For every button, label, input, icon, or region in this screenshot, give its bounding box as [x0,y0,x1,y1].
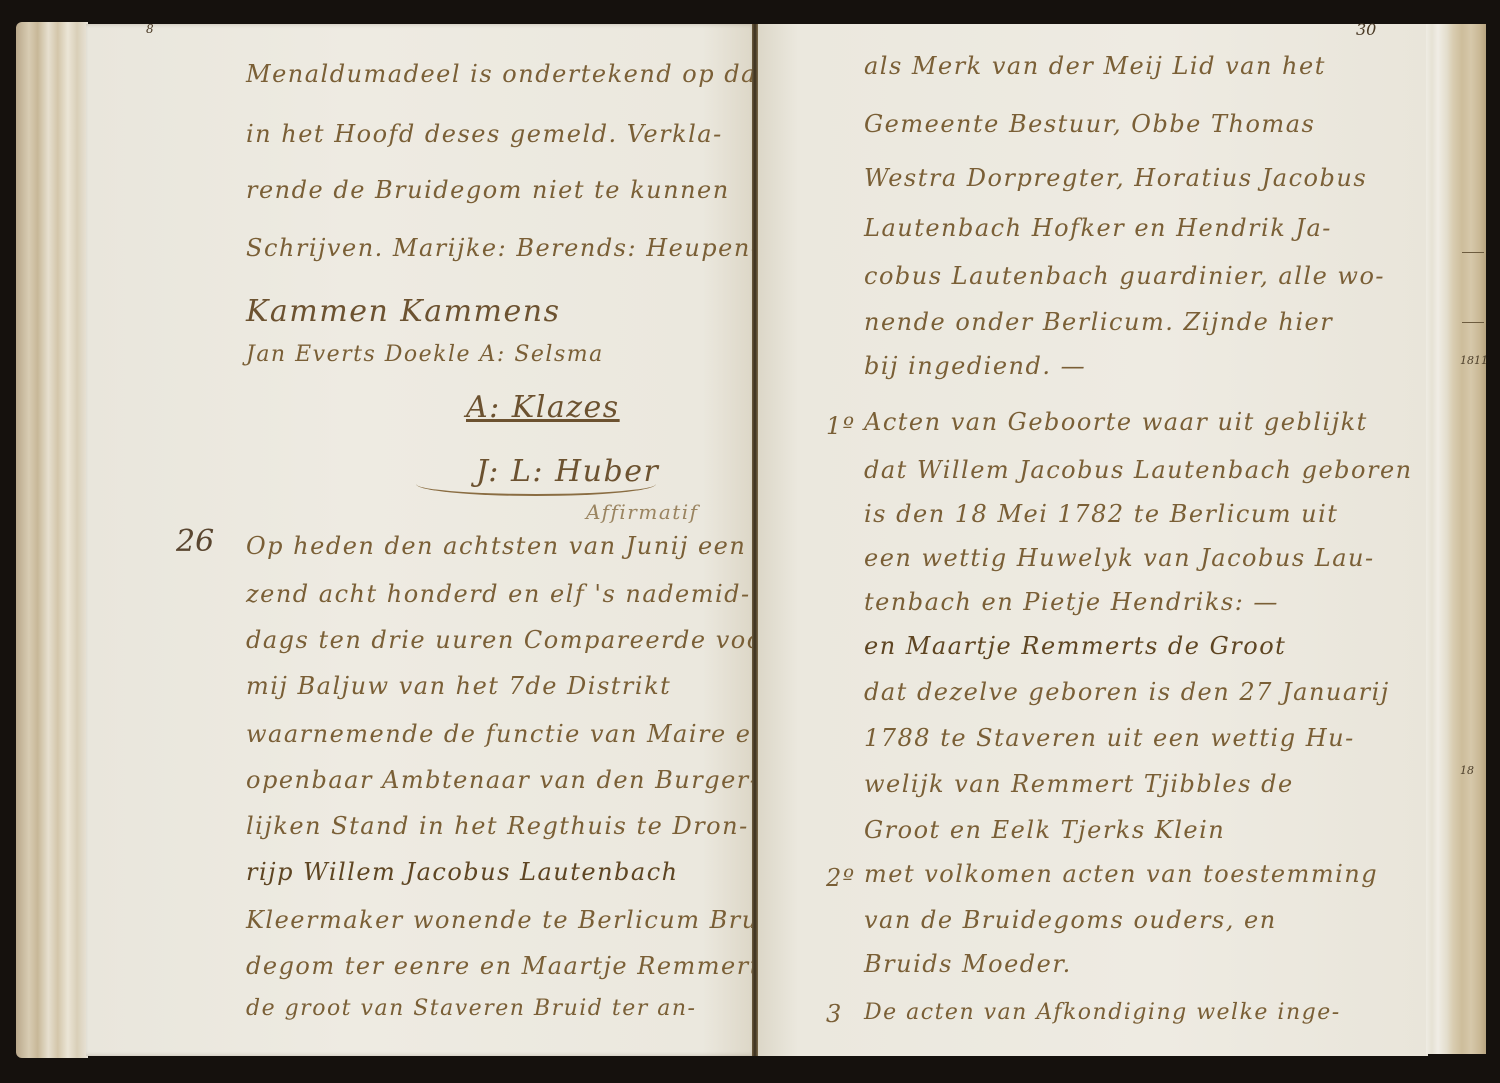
entry-line: mij Baljuw van het 7de Distrikt [246,672,671,700]
entry-line: openbaar Ambtenaar van den Burger- [246,766,759,794]
witness-line: als Merk van der Meij Lid van het [864,52,1326,80]
signature-flourish [416,472,656,496]
right-page: 30 als Merk van der Meij Lid van het Gem… [758,24,1428,1056]
entry-line: de groot van Staveren Bruid ter an- [246,996,696,1021]
item-line: 1788 te Staveren uit een wettig Hu- [864,724,1355,752]
edge-note: 18 [1460,764,1474,777]
item-line: Groot en Eelk Tjerks Klein [864,816,1225,844]
item-line: met volkomen acten van toestemming [864,860,1378,888]
signature: Jan Everts Doekle A: Selsma [246,342,604,367]
entry-line: Op heden den achtsten van Junij een dui- [246,532,808,560]
left-page: 8 Menaldumadeel is ondertekend op dato i… [86,24,756,1056]
item-line: van de Bruidegoms ouders, en [864,906,1277,934]
edge-rule [1462,322,1484,323]
signature: Affirmatif [586,500,699,524]
entry-number: 26 [176,524,214,559]
entry-line: waarnemende de functie van Maire en [246,720,768,748]
item-line: dat Willem Jacobus Lautenbach geboren [864,456,1413,484]
entry-line: lijken Stand in het Regthuis te Dron- [246,812,749,840]
item-line: Acten van Geboorte waar uit geblijkt [864,408,1368,436]
item-marker: 2º [826,864,856,892]
item-marker: 1º [826,412,856,440]
signature: Kammen Kammens [246,294,560,329]
entry-line: zend acht honderd en elf 's nademid- [246,580,751,608]
witness-line: bij ingediend. — [864,352,1086,380]
continuation-line: Schrijven. Marijke: Berends: Heupen- [246,234,760,262]
continuation-line: rende de Bruidegom niet te kunnen [246,176,730,204]
item-line: is den 18 Mei 1782 te Berlicum uit [864,500,1338,528]
register-book-spread: 8 Menaldumadeel is ondertekend op dato i… [16,18,1456,1063]
item-line: een wettig Huwelyk van Jacobus Lau- [864,544,1375,572]
item-line: welijk van Remmert Tjibbles de [864,770,1294,798]
item-marker: 3 [826,1000,843,1028]
witness-line: Westra Dorpregter, Horatius Jacobus [864,164,1367,192]
item-line: Bruids Moeder. [864,950,1072,978]
folio-number: 30 [1356,20,1376,39]
item-line: en Maartje Remmerts de Groot [864,632,1286,660]
continuation-line: Menaldumadeel is ondertekend op dato [246,60,784,88]
right-page-edges: 1811 18 [1426,24,1486,1054]
item-line: tenbach en Pietje Hendriks: — [864,588,1279,616]
left-page-edges [16,22,88,1058]
witness-line: cobus Lautenbach guardinier, alle wo- [864,262,1385,290]
entry-line: dags ten drie uuren Compareerde voor [246,626,776,654]
edge-rule [1462,252,1484,253]
corner-mark: 8 [146,22,154,36]
witness-line: nende onder Berlicum. Zijnde hier [864,308,1333,336]
witness-line: Gemeente Bestuur, Obbe Thomas [864,110,1315,138]
signature: A: Klazes [466,390,620,425]
continuation-line: in het Hoofd deses gemeld. Verkla- [246,120,723,148]
entry-line: rijp Willem Jacobus Lautenbach [246,858,679,886]
item-line: De acten van Afkondiging welke inge- [864,1000,1341,1025]
witness-line: Lautenbach Hofker en Hendrik Ja- [864,214,1332,242]
entry-line: degom ter eenre en Maartje Remmerts [246,952,775,980]
item-line: dat dezelve geboren is den 27 Januarij [864,678,1390,706]
edge-note: 1811 [1460,354,1488,367]
entry-line: Kleermaker wonende te Berlicum Brui- [246,906,777,934]
